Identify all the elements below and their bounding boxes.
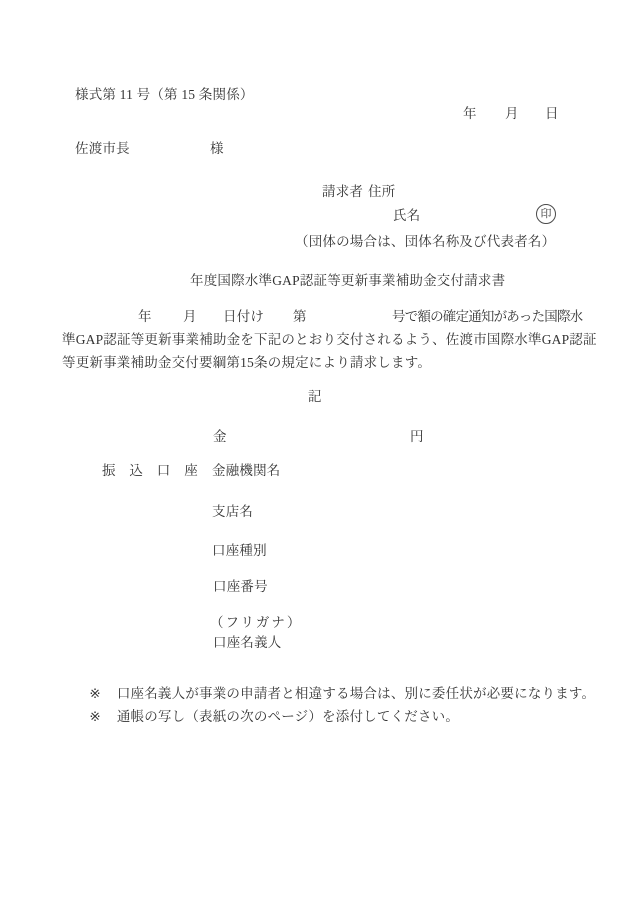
footnote-2: ※通帳の写し（表紙の次のページ）を添付してください。: [75, 691, 459, 742]
bank-name-label: 金融機関名: [212, 462, 281, 479]
branch-name-label: 支店名: [212, 503, 253, 520]
date-day-label: 日: [545, 105, 559, 122]
body-line3: 等更新事業補助金交付要綱第15条の規定により請求します。: [62, 354, 431, 371]
footnote-2-mark: ※: [89, 709, 101, 724]
addressee: 佐渡市長: [75, 140, 130, 157]
seal-icon: 印: [536, 204, 556, 224]
date-month-label: 月: [505, 105, 519, 122]
account-section-label: 振 込 口 座: [102, 462, 198, 479]
amount-suffix: 円: [410, 428, 424, 445]
body-line2: 準GAP認証等更新事業補助金を下記のとおり交付されるよう、佐渡市国際水準GAP認…: [62, 331, 597, 348]
body-number-prefix: 第: [293, 308, 307, 325]
document-title: 年度国際水準GAP認証等更新事業補助金交付請求書: [190, 272, 505, 289]
addressee-honorific: 様: [210, 140, 224, 157]
amount-prefix: 金: [213, 428, 227, 445]
account-type-label: 口座種別: [212, 542, 267, 559]
body-year-label: 年: [138, 308, 152, 325]
account-holder-label: 口座名義人: [213, 634, 282, 651]
requester-label: 請求者: [322, 183, 363, 200]
document-page: 様式第 11 号（第 15 条関係） 年 月 日 佐渡市長 様 請求者 住所 氏…: [0, 0, 630, 915]
address-label: 住所: [368, 183, 395, 200]
furigana-label: （フリガナ）: [210, 614, 302, 631]
date-year-label: 年: [463, 105, 477, 122]
org-note: （団体の場合は、団体名称及び代表者名）: [295, 233, 555, 250]
footnote-2-text: 通帳の写し（表紙の次のページ）を添付してください。: [117, 709, 459, 724]
name-label: 氏名: [393, 207, 420, 224]
account-number-label: 口座番号: [213, 578, 268, 595]
ki-heading: 記: [308, 388, 322, 405]
body-day-suffix: 日付け: [223, 308, 264, 325]
form-number: 様式第 11 号（第 15 条関係）: [75, 86, 254, 103]
body-line1-rest: 号で額の確定通知があった国際水: [392, 308, 582, 325]
body-month-label: 月: [183, 308, 197, 325]
